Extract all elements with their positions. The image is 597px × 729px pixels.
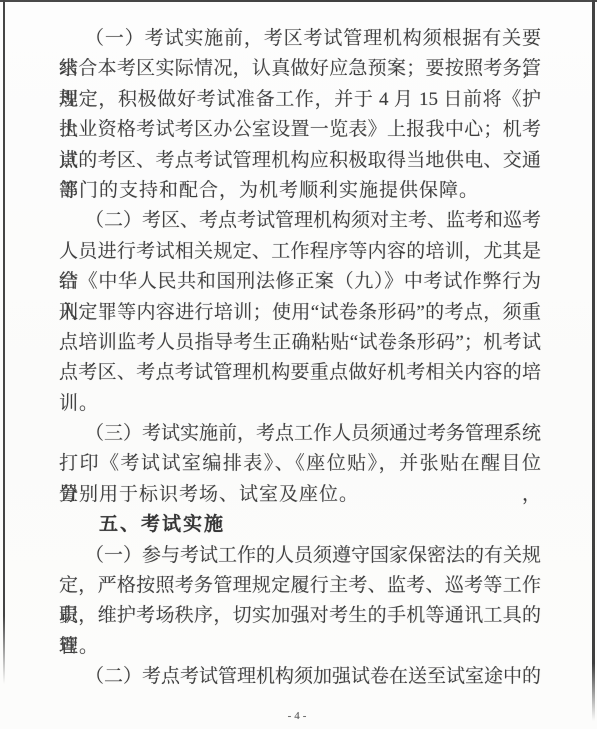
paragraph-line: （三）考试实施前，考点工作人员须通过考务管理系统 [59,419,541,449]
scanned-document-page: （一）考试实施前，考区考试管理机构须根据有关要求， 结合本考区实际情况，认真做好… [0,0,597,729]
paragraph-line: 点培训监考人员指导考生正确粘贴“试卷条形码”；机考试 [59,328,541,358]
paragraph-line: 点的考区、考点考试管理机构应积极取得当地供电、交通等 [59,146,541,176]
paragraph-line: 合《中华人民共和国刑法修正案（九）》中考试作弊行为入 [59,267,541,297]
page-number: -4- [0,710,597,722]
paragraph-line: 部门的支持和配合，为机考顺利实施提供保障。 [59,176,541,206]
paragraph-line: 定，严格按照考务管理规定履行主考、监考、巡考等工作职 [59,571,541,601]
section-heading: 五、考试实施 [59,510,541,540]
paragraph-line: 规定，积极做好考试准备工作，并于 4 月 15 日前将《护士 [59,85,541,115]
paragraph-line: （一）考试实施前，考区考试管理机构须根据有关要求， [59,24,541,54]
paragraph-line: 打印《考试试室编排表》、《座位贴》，并张贴在醒目位置， [59,449,541,479]
document-body: （一）考试实施前，考区考试管理机构须根据有关要求， 结合本考区实际情况，认真做好… [59,24,541,693]
paragraph-line: （二）考点考试管理机构须加强试卷在送至试室途中的 [59,662,541,692]
paragraph-line: 刑定罪等内容进行培训；使用“试卷条形码”的考点，须重 [59,298,541,328]
scan-border-top [0,0,597,2]
scan-border-right [592,0,595,721]
paragraph-line: 点考区、考点考试管理机构要重点做好机考相关内容的培 [59,358,541,388]
paragraph-line: 执业资格考试考区办公室设置一览表》上报我中心；机考试 [59,115,541,145]
paragraph-line: 理。 [59,632,541,662]
paragraph-line: 结合本考区实际情况，认真做好应急预案；要按照考务管理 [59,54,541,84]
paragraph-line: （二）考区、考点考试管理机构须对主考、监考和巡考 [59,206,541,236]
paragraph-line: （一）参与考试工作的人员须遵守国家保密法的有关规 [59,541,541,571]
paragraph-line: 训。 [59,389,541,419]
paragraph-line: 责，维护考场秩序，切实加强对考生的手机等通讯工具的管 [59,601,541,631]
scan-border-left [3,0,5,684]
paragraph-line: 人员进行考试相关规定、工作程序等内容的培训，尤其是结 [59,237,541,267]
